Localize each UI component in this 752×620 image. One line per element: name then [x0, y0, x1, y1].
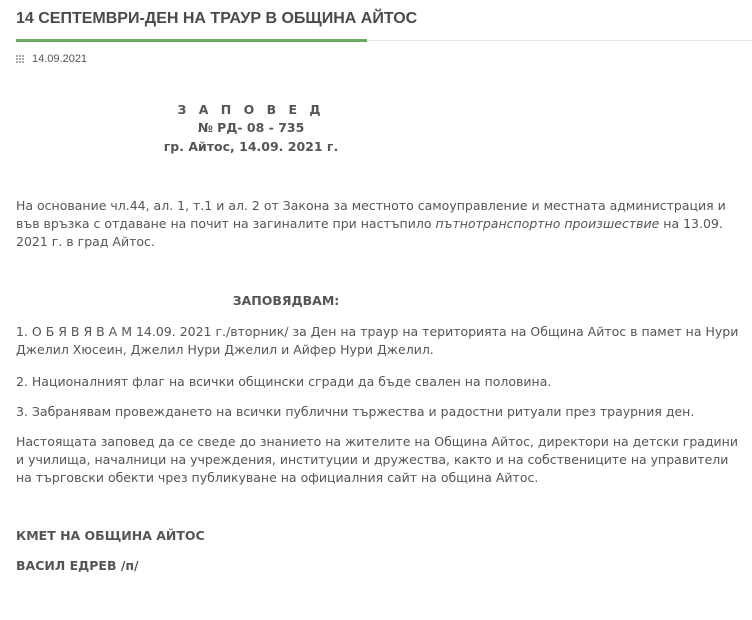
signatory-name: ВАСИЛ ЕДРЕВ /п/	[16, 558, 139, 573]
order-item: 1. О Б Я В Я В А М 14.09. 2021 г./вторни…	[16, 323, 746, 359]
notice-paragraph: Настоящата заповед да се сведе до знание…	[16, 433, 746, 487]
article-header: 14 СЕПТЕМВРИ-ДЕН НА ТРАУР В ОБЩИНА АЙТОС	[0, 0, 752, 42]
article-title: 14 СЕПТЕМВРИ-ДЕН НА ТРАУР В ОБЩИНА АЙТОС	[16, 10, 417, 28]
order-item: 3. Забранявам провеждането на всички пуб…	[16, 403, 746, 421]
signatory-title: КМЕТ НА ОБЩИНА АЙТОС	[16, 528, 205, 543]
order-item: 2. Националният флаг на всички общински …	[16, 373, 746, 391]
article-date: 14.09.2021	[16, 52, 87, 66]
ordering-heading: ЗАПОВЯДВАМ:	[0, 293, 572, 308]
title-accent-underline	[16, 39, 367, 42]
legal-basis-paragraph: На основание чл.44, ал. 1, т.1 и ал. 2 о…	[16, 197, 746, 251]
order-heading: З А П О В Е Д	[0, 102, 502, 117]
basis-text-italic: пътнотранспортно произшествие	[435, 216, 659, 231]
date-text: 14.09.2021	[32, 53, 87, 65]
order-place-date: гр. Айтос, 14.09. 2021 г.	[0, 139, 502, 154]
order-number: № РД- 08 - 735	[0, 120, 502, 135]
calendar-grid-icon	[16, 55, 24, 63]
